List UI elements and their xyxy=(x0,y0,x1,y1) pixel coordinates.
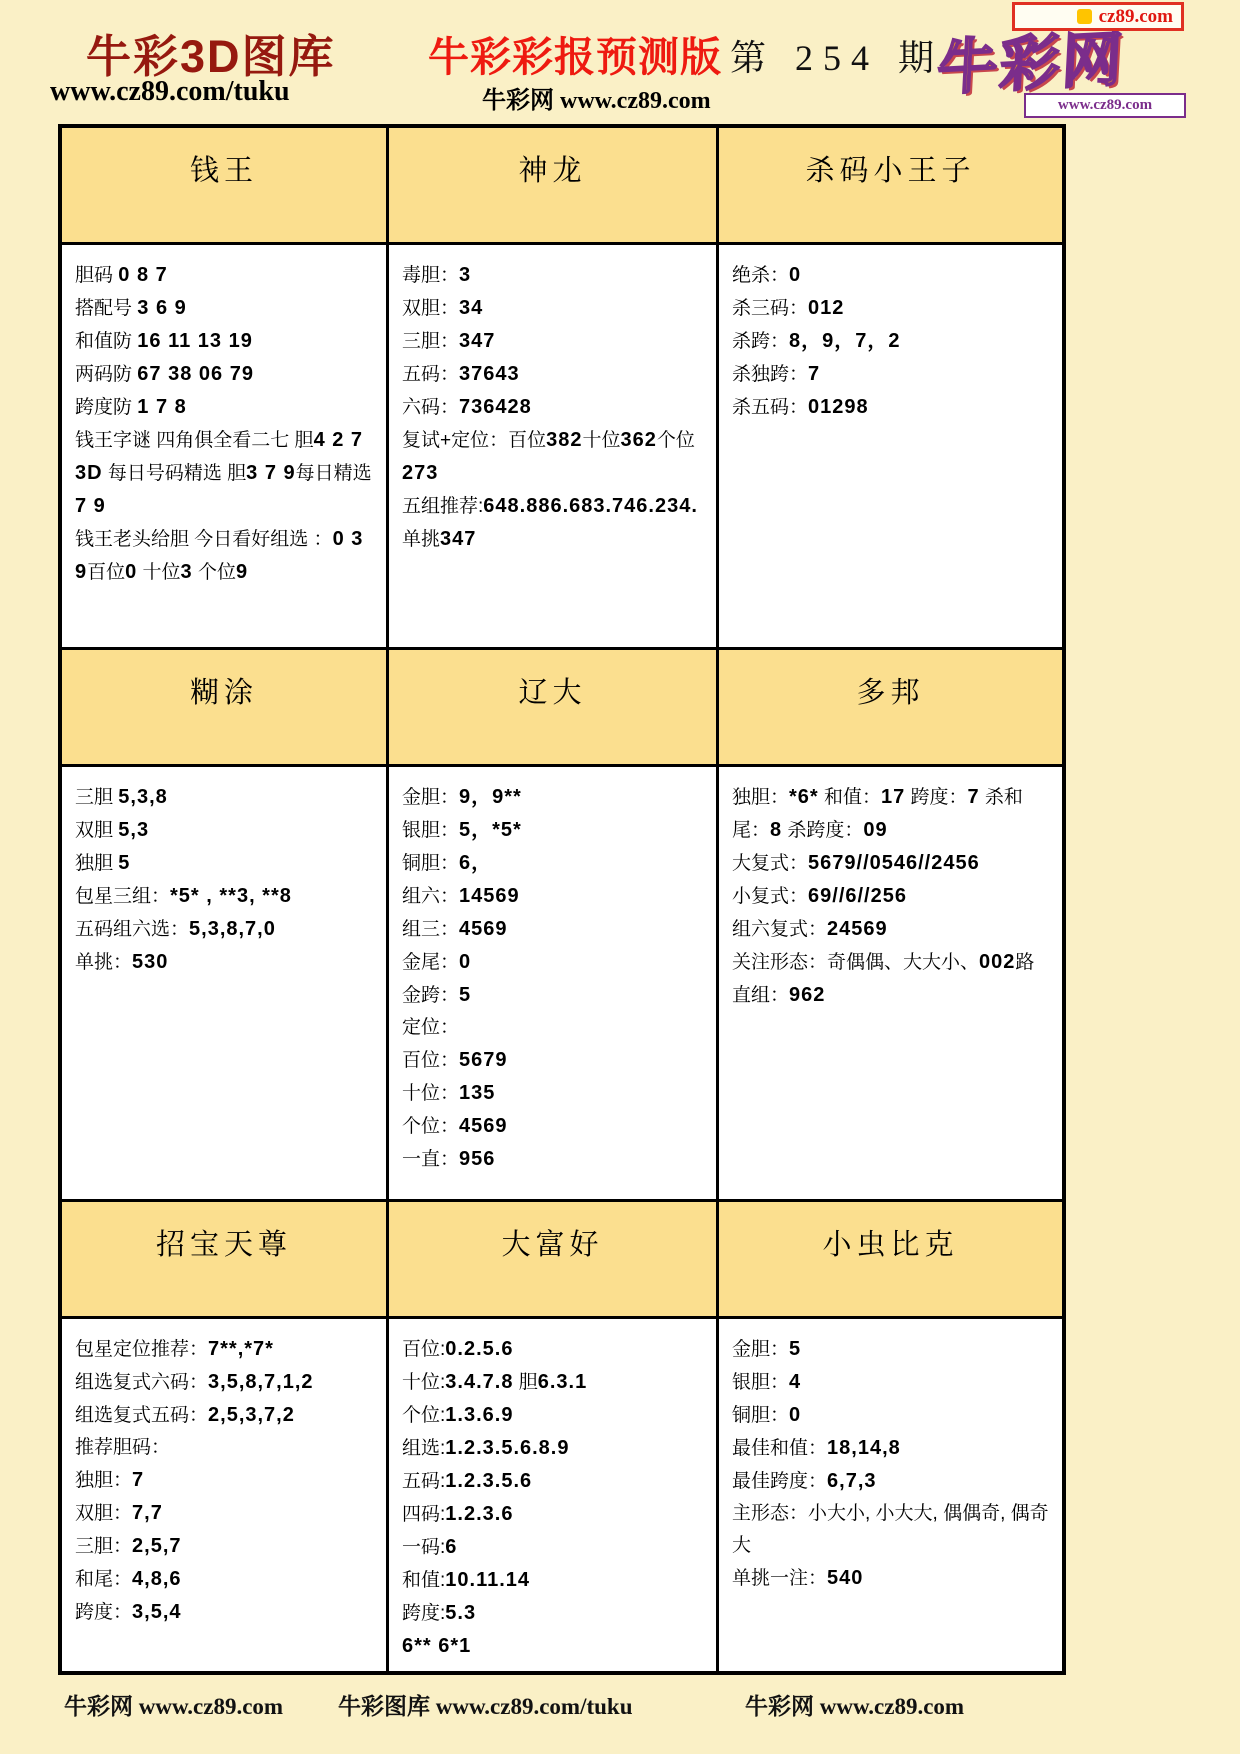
prediction-value: 1.2.3.6 xyxy=(445,1503,513,1525)
cell-header: 招宝天尊 xyxy=(62,1202,386,1319)
prediction-value: 5 xyxy=(459,984,471,1006)
prediction-line: 个位:1.3.6.9 xyxy=(402,1399,708,1432)
prediction-label: 个位: xyxy=(402,1405,445,1426)
prediction-line: 包星三组：*5* , **3, **8 xyxy=(75,880,378,913)
prediction-label: 五码: xyxy=(402,1471,445,1492)
prediction-line: 最佳和值：18,14,8 xyxy=(732,1432,1054,1465)
predictor-cell-dafuhao: 大富好 百位:0.2.5.6十位:3.4.7.8 胆6.3.1个位:1.3.6.… xyxy=(389,1202,719,1671)
cell-header: 神龙 xyxy=(389,128,716,245)
prediction-value: 3.4.7.8 xyxy=(445,1371,513,1393)
prediction-label: 路 xyxy=(1015,952,1034,973)
prediction-value: 0 8 7 xyxy=(118,264,167,286)
prediction-line: 一直：956 xyxy=(402,1143,708,1176)
prediction-value: 7**,*7* xyxy=(208,1338,274,1360)
prediction-label: 组选: xyxy=(402,1438,445,1459)
prediction-value: 1.3.6.9 xyxy=(445,1404,513,1426)
prediction-value: 34 xyxy=(459,297,483,319)
prediction-value: 648.886.683.746.234. xyxy=(483,495,698,517)
prediction-value: 3D xyxy=(75,462,103,484)
prediction-line: 单挑一注：540 xyxy=(732,1562,1054,1595)
prediction-label: 跨度： xyxy=(75,1602,132,1623)
cell-header: 多邦 xyxy=(719,650,1062,767)
prediction-value: 3 xyxy=(181,561,193,583)
prediction-value: 6,7,3 xyxy=(827,1470,876,1492)
prediction-label: 百位： xyxy=(402,1050,459,1071)
prediction-value: 2,5,3,7,2 xyxy=(208,1404,295,1426)
prediction-label: 组六： xyxy=(402,886,459,907)
prediction-value: 1.2.3.5.6 xyxy=(445,1470,532,1492)
prediction-value: 0 xyxy=(459,951,471,973)
prediction-line: 直组：962 xyxy=(732,979,1054,1012)
prediction-label: 金胆： xyxy=(402,787,459,808)
prediction-label: 大复式： xyxy=(732,853,808,874)
page-subtitle: 牛彩彩报预测版 xyxy=(428,24,722,83)
prediction-value: 6， xyxy=(459,852,492,874)
prediction-line: 钱王字谜 四角俱全看二七 胆4 2 7 xyxy=(75,424,378,457)
prediction-line: 三胆：347 xyxy=(402,325,708,358)
prediction-line: 单挑：530 xyxy=(75,946,378,979)
prediction-label: 组六复式： xyxy=(732,919,827,940)
prediction-line: 最佳跨度：6,7,3 xyxy=(732,1465,1054,1498)
prediction-label: 个位 xyxy=(193,562,236,583)
prediction-value: 6.3.1 xyxy=(538,1371,587,1393)
prediction-line: 双胆 5,3 xyxy=(75,814,378,847)
prediction-line: 铜胆：0 xyxy=(732,1399,1054,1432)
prediction-label: 跨度： xyxy=(905,787,967,808)
cell-title: 糊涂 xyxy=(190,677,258,709)
prediction-line: 银胆：4 xyxy=(732,1366,1054,1399)
prediction-line: 双胆：34 xyxy=(402,292,708,325)
prediction-label: 金胆： xyxy=(732,1339,789,1360)
prediction-line: 金尾：0 xyxy=(402,946,708,979)
prediction-value: 17 xyxy=(881,786,905,808)
prediction-label: 杀三码： xyxy=(732,298,808,319)
prediction-label: 毒胆： xyxy=(402,265,459,286)
prediction-value: 5,3,8 xyxy=(118,786,167,808)
prediction-line: 四码:1.2.3.6 xyxy=(402,1498,708,1531)
prediction-line: 6** 6*1 xyxy=(402,1630,708,1663)
corner-badge-url: cz89.com xyxy=(1099,6,1173,28)
prediction-value: 3,5,8,7,1,2 xyxy=(208,1371,314,1393)
prediction-value: 4,8,6 xyxy=(132,1568,181,1590)
prediction-line: 大复式：5679//0546//2456 xyxy=(732,847,1054,880)
prediction-line: 三胆：2,5,7 xyxy=(75,1530,378,1563)
cell-title: 杀码小王子 xyxy=(805,155,975,187)
prediction-value: 8，9，7，2 xyxy=(789,330,901,352)
prediction-value: 09 xyxy=(863,819,887,841)
prediction-value: 5679//0546//2456 xyxy=(808,852,980,874)
prediction-label: 六码： xyxy=(402,397,459,418)
prediction-label: 每日精选 xyxy=(296,463,372,484)
prediction-label: 推荐胆码： xyxy=(75,1437,170,1458)
prediction-label: 十位 xyxy=(582,430,620,451)
prediction-value: 3 xyxy=(459,264,471,286)
prediction-label: 三胆： xyxy=(75,1536,132,1557)
prediction-label: 跨度: xyxy=(402,1603,445,1624)
cell-title: 小虫比克 xyxy=(822,1229,958,1261)
prediction-value: 0.2.5.6 xyxy=(445,1338,513,1360)
prediction-label: 个位： xyxy=(402,1116,459,1137)
prediction-value: 002 xyxy=(979,951,1015,973)
prediction-label: 复试+定位：百位 xyxy=(402,430,546,451)
prediction-label: 一直： xyxy=(402,1149,459,1170)
prediction-label: 百位 xyxy=(87,562,125,583)
prediction-label: 单挑 xyxy=(402,529,440,550)
prediction-value: 5 xyxy=(118,852,130,874)
prediction-label: 单挑一注： xyxy=(732,1568,827,1589)
footer-item: 牛彩网 www.cz89.com xyxy=(64,1688,283,1721)
prediction-label: 十位: xyxy=(402,1372,445,1393)
cell-header: 糊涂 xyxy=(62,650,386,767)
prediction-label: 银胆： xyxy=(402,820,459,841)
prediction-value: 9，9** xyxy=(459,786,522,808)
prediction-line: 杀五码：01298 xyxy=(732,391,1054,424)
prediction-label: 胆码 xyxy=(75,265,118,286)
predictor-cell-xiaochongbike: 小虫比克 金胆：5银胆：4铜胆：0最佳和值：18,14,8最佳跨度：6,7,3主… xyxy=(719,1202,1062,1671)
cell-body: 金胆：9，9**银胆：5，*5*铜胆：6，组六：14569组三：4569金尾：0… xyxy=(389,767,716,1199)
prediction-label: 三胆 xyxy=(75,787,118,808)
prediction-line: 和尾：4,8,6 xyxy=(75,1563,378,1596)
prediction-label: 胆 xyxy=(513,1372,537,1393)
prediction-value: 530 xyxy=(132,951,168,973)
prediction-label: 关注形态：奇偶偶、大大小、 xyxy=(732,952,979,973)
cell-body: 独胆：*6* 和值：17 跨度：7 杀和尾：8 杀跨度：09大复式：5679//… xyxy=(719,767,1062,1199)
prediction-line: 组六复式：24569 xyxy=(732,913,1054,946)
prediction-label: 和尾： xyxy=(75,1569,132,1590)
prediction-label: 独胆： xyxy=(732,787,789,808)
prediction-value: 69//6//256 xyxy=(808,885,907,907)
prediction-label: 金尾： xyxy=(402,952,459,973)
prediction-line: 绝杀：0 xyxy=(732,259,1054,292)
prediction-line: 金跨：5 xyxy=(402,979,708,1012)
prediction-line: 关注形态：奇偶偶、大大小、002路 xyxy=(732,946,1054,979)
predictor-cell-shama-xiaowangzi: 杀码小王子 绝杀：0杀三码：012杀跨：8，9，7，2杀独跨：7杀五码：0129… xyxy=(719,128,1062,650)
prediction-value: 4569 xyxy=(459,1115,508,1137)
prediction-line: 五组推荐:648.886.683.746.234. 单挑347 xyxy=(402,490,708,556)
prediction-label: 十位 xyxy=(137,562,180,583)
prediction-line: 一码:6 xyxy=(402,1531,708,1564)
prediction-value: 10.11.14 xyxy=(445,1569,530,1591)
prediction-value: 8 xyxy=(770,819,782,841)
predictor-cell-qianwang: 钱王 胆码 0 8 7搭配号 3 6 9和值防 16 11 13 19两码防 6… xyxy=(62,128,389,650)
predictor-cell-duobang: 多邦 独胆：*6* 和值：17 跨度：7 杀和尾：8 杀跨度：09大复式：567… xyxy=(719,650,1062,1202)
prediction-line: 百位：5679 xyxy=(402,1044,708,1077)
prediction-line: 胆码 0 8 7 xyxy=(75,259,378,292)
issue-number: 第 254 期 xyxy=(730,30,944,81)
cell-body: 绝杀：0杀三码：012杀跨：8，9，7，2杀独跨：7杀五码：01298 xyxy=(719,245,1062,647)
cow-icon xyxy=(1077,9,1092,24)
prediction-value: 3 6 9 xyxy=(137,297,186,319)
prediction-line: 六码：736428 xyxy=(402,391,708,424)
prediction-table: 钱王 胆码 0 8 7搭配号 3 6 9和值防 16 11 13 19两码防 6… xyxy=(58,124,1066,1675)
prediction-label: 组选复式五码： xyxy=(75,1405,208,1426)
prediction-line: 金胆：5 xyxy=(732,1333,1054,1366)
predictor-cell-shenlong: 神龙 毒胆：3双胆：34三胆：347五码：37643六码：736428复试+定位… xyxy=(389,128,719,650)
prediction-label: 三胆： xyxy=(402,331,459,352)
cell-body: 三胆 5,3,8双胆 5,3独胆 5包星三组：*5* , **3, **8五码组… xyxy=(62,767,386,1199)
prediction-label: 每日号码精选 胆 xyxy=(103,463,247,484)
prediction-value: 135 xyxy=(459,1082,495,1104)
prediction-value: 7 9 xyxy=(75,495,106,517)
prediction-label: 独胆 xyxy=(75,853,118,874)
prediction-label: 独胆： xyxy=(75,1470,132,1491)
predictor-cell-zhaobaotianzun: 招宝天尊 包星定位推荐：7**,*7*组选复式六码：3,5,8,7,1,2组选复… xyxy=(62,1202,389,1671)
prediction-line: 组选复式六码：3,5,8,7,1,2 xyxy=(75,1366,378,1399)
tuku-url: www.cz89.com/tuku xyxy=(50,76,290,108)
prediction-line: 杀三码：012 xyxy=(732,292,1054,325)
corner-badge: cz89.com xyxy=(1012,2,1184,31)
prediction-value: 012 xyxy=(808,297,844,319)
prediction-label: 和值防 xyxy=(75,331,137,352)
prediction-label: 百位: xyxy=(402,1339,445,1360)
prediction-line: 独胆：7 xyxy=(75,1464,378,1497)
prediction-line: 杀独跨：7 xyxy=(732,358,1054,391)
prediction-label: 搭配号 xyxy=(75,298,137,319)
prediction-label: 跨度防 xyxy=(75,397,137,418)
prediction-label: 杀跨： xyxy=(732,331,789,352)
prediction-line: 组六：14569 xyxy=(402,880,708,913)
footer: 牛彩网 www.cz89.com 牛彩图库 www.cz89.com/tuku … xyxy=(0,1688,1240,1728)
prediction-value: 347 xyxy=(440,528,476,550)
prediction-line: 独胆 5 xyxy=(75,847,378,880)
prediction-value: *5* , **3, **8 xyxy=(170,885,292,907)
prediction-line: 主形态：小大小, 小大大, 偶偶奇, 偶奇大 xyxy=(732,1498,1054,1562)
prediction-label: 两码防 xyxy=(75,364,137,385)
cell-title: 辽大 xyxy=(518,677,586,709)
logo-url-banner: www.cz89.com xyxy=(1024,93,1186,118)
prediction-label: 双胆： xyxy=(402,298,459,319)
cell-header: 杀码小王子 xyxy=(719,128,1062,245)
prediction-line: 定位： xyxy=(402,1012,708,1044)
prediction-value: 540 xyxy=(827,1567,863,1589)
cell-title: 招宝天尊 xyxy=(156,1229,292,1261)
prediction-value: 4 xyxy=(789,1371,801,1393)
prediction-value: 9 xyxy=(236,561,248,583)
prediction-label: 十位： xyxy=(402,1083,459,1104)
prediction-value: 7 xyxy=(808,363,820,385)
prediction-value: 67 38 06 79 xyxy=(137,363,254,385)
prediction-value: 3,5,4 xyxy=(132,1601,181,1623)
prediction-line: 五码：37643 xyxy=(402,358,708,391)
prediction-label: 和值: xyxy=(402,1570,445,1591)
prediction-line: 十位：135 xyxy=(402,1077,708,1110)
prediction-line: 组选:1.2.3.5.6.8.9 xyxy=(402,1432,708,1465)
prediction-line: 杀跨：8，9，7，2 xyxy=(732,325,1054,358)
prediction-value: 2,5,7 xyxy=(132,1535,181,1557)
prediction-line: 推荐胆码： xyxy=(75,1432,378,1464)
prediction-line: 和值防 16 11 13 19 xyxy=(75,325,378,358)
prediction-value: 18,14,8 xyxy=(827,1437,901,1459)
prediction-value: 362 xyxy=(621,429,657,451)
prediction-line: 包星定位推荐：7**,*7* xyxy=(75,1333,378,1366)
prediction-label: 铜胆： xyxy=(402,853,459,874)
cell-body: 金胆：5银胆：4铜胆：0最佳和值：18,14,8最佳跨度：6,7,3主形态：小大… xyxy=(719,1319,1062,1664)
predictor-cell-hutu: 糊涂 三胆 5,3,8双胆 5,3独胆 5包星三组：*5* , **3, **8… xyxy=(62,650,389,1202)
prediction-label: 最佳跨度： xyxy=(732,1471,827,1492)
prediction-value: 736428 xyxy=(459,396,532,418)
prediction-label: 双胆 xyxy=(75,820,118,841)
prediction-value: 5,3 xyxy=(118,819,149,841)
prediction-label: 杀跨度： xyxy=(782,820,863,841)
prediction-line: 银胆：5，*5* xyxy=(402,814,708,847)
prediction-value: 24569 xyxy=(827,918,888,940)
prediction-value: 1 7 8 xyxy=(137,396,186,418)
prediction-value: 5,3,8,7,0 xyxy=(189,918,276,940)
prediction-value: 962 xyxy=(789,984,825,1006)
prediction-label: 五码组六选： xyxy=(75,919,189,940)
prediction-value: 6 xyxy=(445,1536,457,1558)
site-url: 牛彩网 www.cz89.com xyxy=(482,80,711,115)
prediction-value: 14569 xyxy=(459,885,520,907)
prediction-label: 五组推荐: xyxy=(402,496,483,517)
prediction-value: 7 xyxy=(132,1469,144,1491)
prediction-value: *6* xyxy=(789,786,819,808)
prediction-value: 0 xyxy=(789,1404,801,1426)
cell-title: 大富好 xyxy=(501,1229,603,1261)
prediction-line: 五码:1.2.3.5.6 xyxy=(402,1465,708,1498)
prediction-value: 5，*5* xyxy=(459,819,522,841)
footer-item: 牛彩网 www.cz89.com xyxy=(745,1688,964,1721)
prediction-line: 独胆：*6* 和值：17 跨度：7 杀和尾：8 杀跨度：09 xyxy=(732,781,1054,847)
prediction-label: 银胆： xyxy=(732,1372,789,1393)
prediction-value: 273 xyxy=(402,462,438,484)
prediction-label: 双胆： xyxy=(75,1503,132,1524)
cell-body: 毒胆：3双胆：34三胆：347五码：37643六码：736428复试+定位：百位… xyxy=(389,245,716,647)
prediction-label: 和值： xyxy=(819,787,881,808)
prediction-label: 小复式： xyxy=(732,886,808,907)
prediction-value: 16 11 13 19 xyxy=(137,330,253,352)
prediction-line: 钱王老头给胆 今日看好组选 ：0 3 9百位0 十位3 个位9 xyxy=(75,523,378,589)
prediction-label: 定位： xyxy=(402,1017,459,1038)
prediction-line: 毒胆：3 xyxy=(402,259,708,292)
prediction-line: 组选复式五码：2,5,3,7,2 xyxy=(75,1399,378,1432)
prediction-line: 百位:0.2.5.6 xyxy=(402,1333,708,1366)
cell-title: 多邦 xyxy=(856,677,924,709)
prediction-value: 01298 xyxy=(808,396,869,418)
prediction-line: 十位:3.4.7.8 胆6.3.1 xyxy=(402,1366,708,1399)
cell-header: 大富好 xyxy=(389,1202,716,1319)
prediction-value: 1.2.3.5.6.8.9 xyxy=(445,1437,569,1459)
prediction-value: 4569 xyxy=(459,918,508,940)
prediction-label: 个位 xyxy=(657,430,695,451)
cell-body: 百位:0.2.5.6十位:3.4.7.8 胆6.3.1个位:1.3.6.9组选:… xyxy=(389,1319,716,1671)
prediction-line: 个位：4569 xyxy=(402,1110,708,1143)
prediction-label: 组三： xyxy=(402,919,459,940)
prediction-line: 铜胆：6， xyxy=(402,847,708,880)
prediction-value: 956 xyxy=(459,1148,495,1170)
prediction-line: 跨度:5.3 xyxy=(402,1597,708,1630)
prediction-value: 0 xyxy=(125,561,137,583)
prediction-line: 金胆：9，9** xyxy=(402,781,708,814)
cell-title: 钱王 xyxy=(190,155,258,187)
prediction-line: 组三：4569 xyxy=(402,913,708,946)
prediction-line: 跨度：3,5,4 xyxy=(75,1596,378,1629)
prediction-line: 跨度防 1 7 8 xyxy=(75,391,378,424)
prediction-value: 5 xyxy=(789,1338,801,1360)
prediction-label: 单挑： xyxy=(75,952,132,973)
prediction-label: 包星定位推荐： xyxy=(75,1339,208,1360)
prediction-label: 绝杀： xyxy=(732,265,789,286)
prediction-value: 347 xyxy=(459,330,495,352)
prediction-line: 三胆 5,3,8 xyxy=(75,781,378,814)
prediction-label: 最佳和值： xyxy=(732,1438,827,1459)
prediction-label: 钱王字谜 四角俱全看二七 胆 xyxy=(75,430,314,451)
prediction-label: 铜胆： xyxy=(732,1405,789,1426)
prediction-value: 5679 xyxy=(459,1049,508,1071)
prediction-label: 直组： xyxy=(732,985,789,1006)
lottery-chart-page: { "header": { "brand": "牛彩3D图库", "subtit… xyxy=(0,0,1240,1754)
prediction-label: 包星三组： xyxy=(75,886,170,907)
prediction-line: 小复式：69//6//256 xyxy=(732,880,1054,913)
prediction-value: 7 xyxy=(968,786,980,808)
prediction-label: 金跨： xyxy=(402,985,459,1006)
prediction-value: 37643 xyxy=(459,363,520,385)
cell-body: 胆码 0 8 7搭配号 3 6 9和值防 16 11 13 19两码防 67 3… xyxy=(62,245,386,647)
cell-header: 钱王 xyxy=(62,128,386,245)
cell-body: 包星定位推荐：7**,*7*组选复式六码：3,5,8,7,1,2组选复式五码：2… xyxy=(62,1319,386,1664)
prediction-line: 搭配号 3 6 9 xyxy=(75,292,378,325)
prediction-label: 主形态：小大小, 小大大, 偶偶奇, 偶奇大 xyxy=(732,1503,1049,1556)
prediction-line: 和值:10.11.14 xyxy=(402,1564,708,1597)
prediction-value: 382 xyxy=(546,429,582,451)
prediction-line: 3D 每日号码精选 胆3 7 9每日精选 7 9 xyxy=(75,457,378,523)
prediction-line: 两码防 67 38 06 79 xyxy=(75,358,378,391)
prediction-label: 杀独跨： xyxy=(732,364,808,385)
prediction-label: 组选复式六码： xyxy=(75,1372,208,1393)
cell-title: 神龙 xyxy=(518,155,586,187)
prediction-label: 五码： xyxy=(402,364,459,385)
cell-header: 小虫比克 xyxy=(719,1202,1062,1319)
prediction-value: 6** 6*1 xyxy=(402,1635,471,1657)
prediction-line: 五码组六选：5,3,8,7,0 xyxy=(75,913,378,946)
prediction-line: 双胆：7,7 xyxy=(75,1497,378,1530)
prediction-value: 5.3 xyxy=(445,1602,476,1624)
prediction-line: 复试+定位：百位382十位362个位 273 xyxy=(402,424,708,490)
prediction-value: 4 2 7 xyxy=(314,429,363,451)
prediction-value: 3 7 9 xyxy=(246,462,295,484)
prediction-value: 7,7 xyxy=(132,1502,163,1524)
prediction-label: 杀五码： xyxy=(732,397,808,418)
prediction-label: 一码: xyxy=(402,1537,445,1558)
prediction-label: 钱王老头给胆 今日看好组选 ： xyxy=(75,529,333,550)
prediction-label: 四码: xyxy=(402,1504,445,1525)
predictor-cell-liaoda: 辽大 金胆：9，9**银胆：5，*5*铜胆：6，组六：14569组三：4569金… xyxy=(389,650,719,1202)
prediction-value: 0 xyxy=(789,264,801,286)
cell-header: 辽大 xyxy=(389,650,716,767)
footer-item: 牛彩图库 www.cz89.com/tuku xyxy=(338,1688,633,1721)
